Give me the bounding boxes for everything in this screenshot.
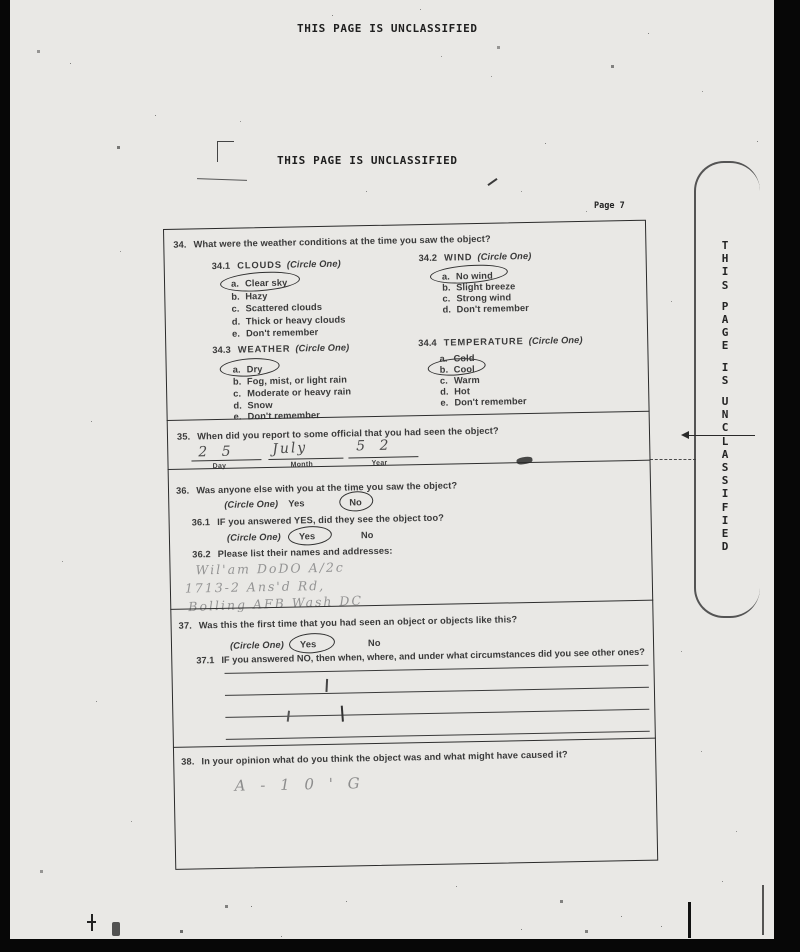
option-34-2-c: c.Strong wind bbox=[442, 293, 511, 304]
circle-one-note-37: (Circle One) bbox=[230, 641, 284, 651]
option-34-4-a: a.Cold bbox=[439, 354, 474, 364]
group-34-2-header: 34.2WIND(Circle One) bbox=[419, 252, 532, 263]
year-field-line bbox=[348, 456, 418, 458]
question-37-1-text: IF you answered NO, then when, where, an… bbox=[221, 647, 645, 665]
question-36: 36.Was anyone else with you at the time … bbox=[176, 481, 457, 496]
option-34-2-b: b.Slight breeze bbox=[442, 282, 515, 293]
group-34-3-circle-note: (Circle One) bbox=[295, 342, 349, 353]
option-34-3-b: b.Fog, mist, or light rain bbox=[233, 375, 347, 386]
day-field-line bbox=[191, 459, 261, 461]
question-36-1-text: IF you answered YES, did they see the ob… bbox=[217, 513, 444, 527]
scan-noise bbox=[0, 0, 1, 1]
option-36-1-no: No bbox=[361, 531, 374, 541]
option-34-1-b: b.Hazy bbox=[231, 292, 267, 302]
scan-streak bbox=[762, 885, 764, 935]
question-36-1-number: 36.1 bbox=[192, 517, 211, 527]
group-34-1-number: 34.1 bbox=[212, 261, 231, 271]
handwritten-name-1: Wil'am DoDO A/2c bbox=[195, 562, 345, 577]
answer-line bbox=[225, 665, 649, 674]
circle-one-note-36: (Circle One) bbox=[224, 500, 278, 510]
scan-streak bbox=[688, 902, 691, 938]
group-34-4-title: TEMPERATURE bbox=[444, 336, 524, 348]
page-number: Page 7 bbox=[594, 201, 625, 211]
circle-one-note-36-1: (Circle One) bbox=[227, 533, 281, 543]
option-34-1-d: d.Thick or heavy clouds bbox=[232, 316, 346, 327]
option-34-3-a: a.Dry bbox=[233, 365, 263, 375]
film-edge-right bbox=[774, 0, 800, 952]
stray-check-mark bbox=[487, 178, 497, 186]
question-38-number: 38. bbox=[181, 756, 194, 766]
option-34-1-e: e.Don't remember bbox=[232, 328, 318, 339]
option-34-3-c: c.Moderate or heavy rain bbox=[233, 387, 351, 399]
option-34-3-d: d.Snow bbox=[233, 401, 272, 411]
group-34-1-header: 34.1CLOUDS(Circle One) bbox=[212, 260, 341, 272]
option-34-2-d: d.Don't remember bbox=[443, 304, 529, 315]
stray-dash-mark bbox=[197, 178, 247, 181]
film-edge-bottom bbox=[0, 939, 800, 952]
group-34-2-circle-note: (Circle One) bbox=[477, 251, 531, 262]
question-35-text: When did you report to some official tha… bbox=[197, 426, 499, 442]
group-34-1-circle-note: (Circle One) bbox=[287, 259, 341, 270]
question-34: 34.What were the weather conditions at t… bbox=[173, 235, 491, 250]
question-37-1: 37.1IF you answered NO, then when, where… bbox=[196, 648, 645, 666]
handwritten-opinion: A - 1 0 ' G bbox=[235, 776, 365, 793]
film-edge-left bbox=[0, 0, 10, 952]
handwritten-year: 5 2 bbox=[356, 439, 394, 454]
side-stamp: THISPAGEISUNCLASSIFIED bbox=[716, 239, 734, 561]
question-37-number: 37. bbox=[179, 621, 192, 631]
group-34-4-header: 34.4TEMPERATURE(Circle One) bbox=[418, 336, 583, 348]
group-34-2-number: 34.2 bbox=[419, 253, 438, 263]
option-34-4-e: e.Don't remember bbox=[440, 397, 526, 408]
handwritten-day: 2 5 bbox=[198, 445, 236, 460]
question-37-1-number: 37.1 bbox=[196, 655, 214, 665]
question-36-2-text: Please list their names and addresses: bbox=[218, 546, 393, 559]
group-34-4-number: 34.4 bbox=[418, 338, 437, 348]
option-34-1-c: c.Scattered clouds bbox=[231, 303, 322, 314]
handwritten-address-1: 1713-2 Ans'd Rd, bbox=[185, 580, 325, 595]
stray-pen-mark bbox=[87, 921, 96, 923]
question-36-2: 36.2Please list their names and addresse… bbox=[192, 547, 392, 560]
scanned-document-page: THIS PAGE IS UNCLASSIFIED THIS PAGE IS U… bbox=[0, 0, 800, 952]
question-36-2-number: 36.2 bbox=[192, 549, 211, 559]
stray-dashed-line bbox=[650, 459, 696, 460]
group-34-1-title: CLOUDS bbox=[237, 260, 282, 271]
question-34-text: What were the weather conditions at the … bbox=[193, 234, 490, 250]
option-34-4-c: c.Warm bbox=[440, 376, 480, 386]
handwritten-address-2: Bolling AFB Wash DC bbox=[188, 595, 363, 614]
option-36-yes: Yes bbox=[288, 499, 305, 509]
classification-stamp-top: THIS PAGE IS UNCLASSIFIED bbox=[297, 22, 478, 35]
group-34-4-circle-note: (Circle One) bbox=[529, 335, 583, 346]
stray-ink-blob bbox=[112, 922, 120, 936]
option-37-no: No bbox=[368, 639, 381, 649]
section-divider bbox=[168, 460, 651, 470]
question-38: 38.In your opinion what do you think the… bbox=[181, 750, 568, 767]
group-34-3-header: 34.3WEATHER(Circle One) bbox=[212, 343, 349, 355]
question-37-text: Was this the first time that you had see… bbox=[199, 614, 518, 630]
option-34-1-a: a.Clear sky bbox=[231, 279, 287, 289]
question-38-text: In your opinion what do you think the ob… bbox=[201, 749, 567, 766]
margin-arrow-head-icon bbox=[681, 431, 689, 439]
answer-line bbox=[225, 687, 649, 696]
option-34-4-d: d.Hot bbox=[440, 387, 470, 397]
question-37: 37.Was this the first time that you had … bbox=[179, 615, 518, 631]
circle-mark-36-no bbox=[339, 490, 374, 512]
question-34-number: 34. bbox=[173, 240, 186, 250]
classification-stamp-middle: THIS PAGE IS UNCLASSIFIED bbox=[277, 154, 458, 167]
group-34-2-title: WIND bbox=[444, 252, 473, 263]
form-box: 34.What were the weather conditions at t… bbox=[163, 220, 658, 870]
ink-smudge bbox=[516, 456, 533, 465]
option-34-4-b: b.Cool bbox=[440, 365, 475, 375]
group-34-3-number: 34.3 bbox=[212, 345, 231, 355]
question-36-text: Was anyone else with you at the time you… bbox=[196, 480, 457, 495]
circle-mark-37-yes bbox=[288, 632, 335, 655]
option-34-2-a: a.No wind bbox=[442, 272, 493, 282]
stray-pen-stroke bbox=[325, 679, 327, 692]
question-36-number: 36. bbox=[176, 486, 189, 496]
month-field-line bbox=[268, 458, 343, 460]
group-34-3-title: WEATHER bbox=[238, 344, 291, 355]
circle-mark-36-1-yes bbox=[287, 525, 332, 547]
stray-bracket-mark bbox=[217, 141, 234, 162]
question-35-number: 35. bbox=[177, 432, 190, 442]
handwritten-month: July bbox=[272, 441, 308, 457]
question-35: 35.When did you report to some official … bbox=[177, 427, 499, 442]
